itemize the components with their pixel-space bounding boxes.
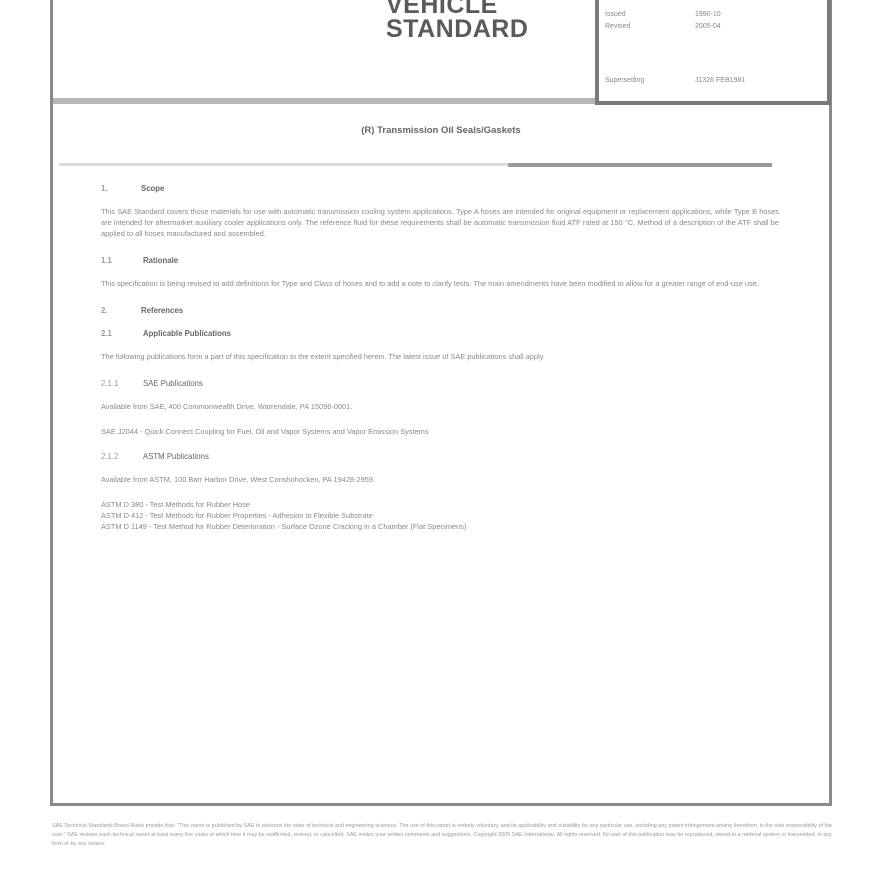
info-value: 1990-10 bbox=[695, 11, 721, 18]
reference-line: SAE J2044 - Quick Connect Coupling for F… bbox=[101, 426, 779, 437]
reference-line: Available from SAE, 400 Commonwealth Dri… bbox=[101, 401, 779, 412]
section-heading: 1.1 Rationale bbox=[101, 255, 779, 266]
document-info-box: Issued 1990-10 Revised 2005-04 Supersedi… bbox=[595, 0, 831, 105]
section-heading: 1. Scope bbox=[101, 183, 779, 194]
info-label: Superseding bbox=[605, 77, 695, 84]
section-paragraph: This SAE Standard covers those materials… bbox=[101, 206, 779, 239]
info-revised: Revised 2005-04 bbox=[605, 23, 721, 30]
document-title: (R) Transmission Oil Seals/Gaskets bbox=[53, 125, 829, 136]
document-header: VEHICLE STANDARD Issued 1990-10 Revised … bbox=[53, 0, 829, 105]
standard-title: VEHICLE STANDARD bbox=[386, 0, 528, 41]
section-heading: 2.1.2 ASTM Publications bbox=[101, 451, 779, 462]
reference-line: ASTM D 412 - Test Methods for Rubber Pro… bbox=[101, 510, 779, 521]
reference-line: ASTM D 1149 - Test Method for Rubber Det… bbox=[101, 521, 779, 532]
title-divider-left bbox=[59, 163, 509, 166]
standard-title-line-2: STANDARD bbox=[386, 17, 528, 41]
section-heading: 2. References bbox=[101, 305, 779, 316]
info-label: Revised bbox=[605, 23, 695, 30]
title-divider-right bbox=[508, 163, 772, 167]
info-value: 2005-04 bbox=[695, 23, 721, 30]
header-divider bbox=[53, 98, 598, 104]
reference-line: ASTM D 380 - Test Methods for Rubber Hos… bbox=[101, 499, 779, 510]
info-issued: Issued 1990-10 bbox=[605, 11, 721, 18]
info-superseding: Superseding J1326 FEB1981 bbox=[605, 77, 745, 84]
document-page: VEHICLE STANDARD Issued 1990-10 Revised … bbox=[50, 0, 832, 806]
reference-line: Available from ASTM, 100 Barr Harbor Dri… bbox=[101, 474, 779, 485]
section-heading: 2.1 Applicable Publications bbox=[101, 328, 779, 339]
legal-footer: SAE Technical Standards Board Rules prov… bbox=[52, 822, 832, 849]
info-label: Issued bbox=[605, 11, 695, 18]
section-paragraph: This specification is being revised to a… bbox=[101, 278, 779, 289]
document-body: 1. Scope This SAE Standard covers those … bbox=[101, 183, 779, 532]
info-value: J1326 FEB1981 bbox=[695, 77, 745, 84]
section-paragraph: The following publications form a part o… bbox=[101, 351, 779, 362]
section-heading: 2.1.1 SAE Publications bbox=[101, 378, 779, 389]
